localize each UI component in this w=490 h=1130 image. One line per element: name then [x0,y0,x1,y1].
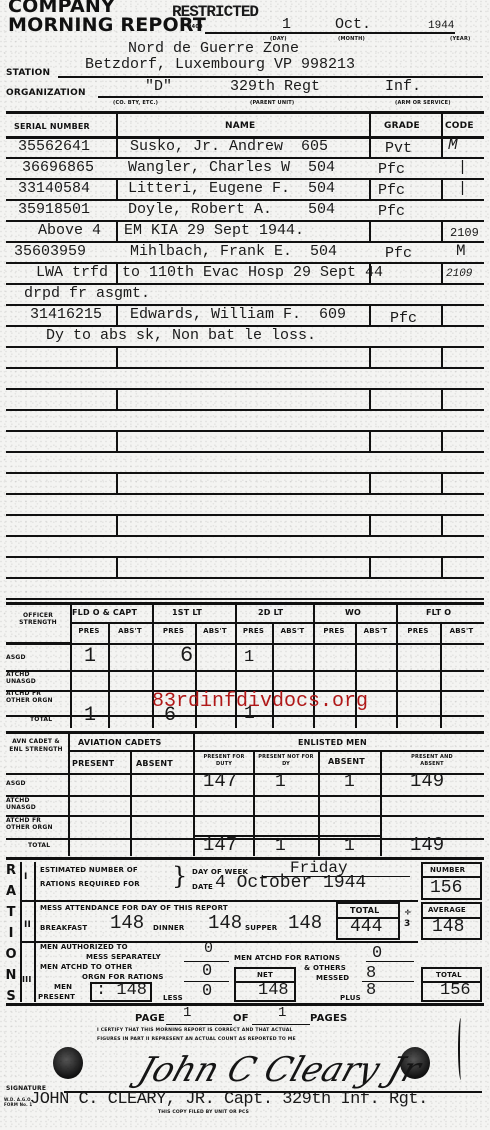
cadet-top-rule [6,731,484,734]
date-label: DATE [192,883,213,891]
officer-row-rule [6,643,484,645]
officer-strength-title: OFFICER STRENGTH [10,612,66,626]
row-label-atchd-fr-other: ATCHD FR OTHER ORGN [6,690,66,704]
plus-value: 8 [366,981,376,1000]
col-present-not-for-duty: PRESENT NOT FOR DY [256,754,316,768]
entry-note: EM KIA 29 Sept 1944. [124,222,304,239]
entry-note: Dy to abs sk, Non bat le loss. [46,327,316,344]
col-em-absent: ABSENT [328,757,365,766]
time-prefix: 2400 [188,24,203,30]
less-value: 0 [202,982,212,1001]
roster-row-rule [6,514,484,516]
group-flt-o: FLT O [426,608,451,617]
cadet-row-total: TOTAL [28,842,50,849]
roster-col-divider [441,220,443,241]
entry-note: drpd fr asgmt. [24,285,150,302]
atchd-other-label-a: MEN ATCHD TO OTHER [40,963,132,971]
breakfast-label: BREAKFAST [40,924,87,932]
roster-col-divider [116,220,118,241]
sub-col-abst: ABS'T [195,627,235,635]
auth-sep-value: 0 [204,940,213,957]
roster-col-divider [369,346,371,367]
group-fld-o-capt: FLD O & CAPT [72,608,152,617]
page-label: PAGE [135,1013,165,1024]
auth-sep-label-a: MEN AUTHORIZED TO [40,943,128,951]
net-label: NET [257,971,273,979]
entry-note: to 110th Evac Hosp 29 Sept 44 [122,264,383,281]
section-3-num: III [22,975,32,984]
total-em-absent: 1 [344,836,355,856]
officer-group-rule [70,622,484,624]
rations-divider [34,862,36,1002]
total-3-label: TOTAL [436,971,462,979]
entry-code: M [448,136,458,154]
total-present-not-for-duty: 1 [275,836,286,856]
ration-date: 4 October 1944 [215,873,366,893]
organization-label: ORGANIZATION [6,88,86,98]
sec1-label-a: ESTIMATED NUMBER OF [40,866,138,874]
cadet-sub-divider [318,751,320,856]
entry-code: M [456,242,466,260]
asgd-fld-pres: 1 [84,645,96,668]
entry-code: 2109 [450,226,479,240]
roster-col-divider [369,114,371,136]
row-label-total: TOTAL [30,716,52,723]
asgd-2d-lt-pres: 1 [244,648,254,667]
brace-icon: } [172,862,187,890]
number-label: NUMBER [430,866,465,874]
rations-side-letter: I [4,923,18,944]
roster-col-divider [441,136,443,157]
roster-col-divider [116,178,118,199]
page-underline [166,1024,232,1025]
supper-value: 148 [288,912,322,934]
section-2-num: II [24,920,31,930]
roster-col-divider [369,514,371,535]
asgd-present-for-duty: 147 [203,770,237,792]
net-value: 148 [258,981,289,1000]
mess-total-label: TOTAL [350,906,379,915]
asgd-present-not-for-duty: 1 [275,772,286,792]
entry-serial: 35603959 [14,243,86,260]
roster-row-rule [6,367,484,369]
entry-serial: 36696865 [22,159,94,176]
entry-name: Litteri, Eugene F. 504 [128,180,335,197]
officer-label-rule [6,642,70,644]
atchd-for-underline [366,961,414,962]
col-cadet-present: PRESENT [72,759,114,768]
rations-top-rule [6,857,484,860]
page-number: 1 [183,1005,191,1021]
rations-side-letter: O [4,944,18,965]
cadet-group-rule [68,750,484,752]
rations-side-label: RATIONS [4,860,18,1007]
cadet-sub-divider [380,751,382,856]
roster-col-divider [116,136,118,157]
cadet-row-rule [6,815,484,817]
of-label: OF [233,1013,249,1024]
divide-by-three: ÷ 3 [404,908,416,930]
station-label: STATION [6,68,50,78]
men-present-value: : 148 [96,981,147,1000]
org-company: "D" [145,78,172,95]
cadet-row-rule [6,795,484,797]
total-fld-pres: 1 [84,704,96,727]
caption-company: (CO. BTY, ETC.) [113,100,158,106]
group-label: FLD O & CAPT [72,608,137,617]
roster-col-divider [441,346,443,367]
roster-row-rule [6,556,484,558]
row-label-asgd: ASGD [6,654,26,661]
total-3-value: 156 [440,981,471,1000]
men-present-number: 148 [116,981,147,1000]
aviation-cadets-header: AVIATION CADETS [78,738,162,747]
sub-col-abst: ABS'T [355,627,396,635]
col-present-and-absent: PRESENT AND ABSENT [400,754,464,768]
mess-total-value: 444 [350,917,382,937]
roster-col-divider [116,304,118,325]
certify-line-1: I CERTIFY THAT THIS MORNING REPORT IS CO… [97,1028,293,1033]
roster-col-divider [441,430,443,451]
plus-label: PLUS [340,994,361,1002]
pages-label: PAGES [310,1013,347,1024]
roster-col-divider [116,514,118,535]
rations-side-letter: R [4,860,18,881]
rations-side-letter: T [4,902,18,923]
roster-row-rule [6,598,484,600]
roster-col-divider [116,262,118,283]
entry-grade: Pfc [390,310,417,327]
roster-row-rule [6,451,484,453]
caption-month: (MONTH) [338,36,365,42]
entry-serial: 35562641 [18,138,90,155]
sub-col-pres: PRES [313,627,355,635]
roster-row-rule [6,346,484,348]
roster-col-divider [441,304,443,325]
date-underline [205,32,455,34]
number-value: 156 [430,878,462,898]
asgd-em-absent: 1 [344,772,355,792]
roster-row-rule [6,472,484,474]
group-wo: WO [345,608,361,617]
total-present-for-duty: 147 [203,834,237,856]
col-name: NAME [225,121,255,131]
entry-code: | [458,180,467,197]
entry-code: | [458,159,467,176]
entry-note: Above 4 [38,222,101,239]
roster-col-divider [116,472,118,493]
caption-year: (YEAR) [450,36,471,42]
cadet-sub-divider [253,751,255,856]
sub-col-pres: PRES [70,627,108,635]
roster-row-rule [6,388,484,390]
entry-grade: Pfc [378,203,405,220]
atchd-for-label: MEN ATCHD FOR RATIONS [234,954,340,962]
sec1-label-b: RATIONS REQUIRED FOR [40,880,140,888]
typed-name: JOHN C. CLEARY, JR. Capt. 329th Inf. Rgt… [30,1090,428,1109]
restricted-stamp: RESTRICTED [172,3,258,21]
supper-label: SUPPER [245,924,277,932]
others-label-b: MESSED [316,974,349,982]
atchd-other-value: 0 [202,962,212,981]
entry-name: Susko, Jr. Andrew 605 [130,138,328,155]
dinner-label: DINNER [153,924,185,932]
roster-col-divider [369,472,371,493]
cadet-sub-divider [130,751,132,856]
binding-mark [458,1018,464,1080]
col-serial-number: SERIAL NUMBER [14,122,90,131]
roster-row-rule [6,577,484,579]
roster-row-rule [6,493,484,495]
entry-name: Wangler, Charles W 504 [128,159,335,176]
report-day: 1 [282,16,291,33]
breakfast-value: 148 [110,912,144,934]
roster-col-divider [369,430,371,451]
sub-col-pres: PRES [396,627,440,635]
entry-name: Doyle, Robert A. 504 [128,201,335,218]
average-label: AVERAGE [428,906,466,914]
roster-col-divider [116,346,118,367]
officer-row-rule [6,670,484,672]
org-underline [98,96,483,98]
entry-name: Edwards, William F. 609 [130,306,346,323]
roster-col-divider [369,556,371,577]
report-year: 1944 [428,20,454,32]
men-present-label-a: MEN [54,983,72,991]
sub-col-pres: PRES [235,627,272,635]
section-1-num: I [24,872,28,882]
roster-col-divider [441,262,443,283]
cadet-row-atchd-unasgd: ATCHD UNASGD [6,797,46,811]
rations-side-letter: N [4,965,18,986]
org-unit: 329th Regt [230,78,320,95]
entry-grade: Pfc [378,182,405,199]
roster-col-divider [369,220,371,241]
enlisted-men-header: ENLISTED MEN [298,738,367,747]
officer-sub-divider [108,623,110,728]
asgd-1st-lt-pres: 6 [180,643,193,668]
form-note: THIS COPY FILED BY UNIT OR PCS [158,1110,249,1115]
sub-col-abst: ABS'T [440,627,483,635]
entry-code: 2109 [446,268,472,280]
roster-col-divider [369,136,371,157]
group-2d-lt: 2D LT [258,608,283,617]
dinner-value: 148 [208,912,242,934]
entry-grade: Pfc [385,245,412,262]
station-line-1: Nord de Guerre Zone [128,40,299,57]
rations-bottom-rule [6,1003,484,1006]
sub-col-abst: ABS'T [108,627,152,635]
roster-col-divider [116,114,118,136]
atchd-other-label-b: ORGN FOR RATIONS [82,973,164,981]
officer-top-rule [6,602,484,605]
men-present-label-b: PRESENT [38,993,75,1001]
roster-top-rule [6,111,484,114]
roster-col-divider [116,388,118,409]
roster-col-divider [369,388,371,409]
org-service: Inf. [385,78,421,95]
pages-underline [252,1024,310,1025]
watermark: 83rdinfdivdocs.org [152,690,368,713]
roster-col-divider [369,178,371,199]
entry-serial: 31416215 [30,306,102,323]
caption-service: (ARM OR SERVICE) [395,100,451,106]
asgd-present-and-absent: 149 [410,770,444,792]
officer-sub-divider [440,623,442,728]
roster-col-divider [116,430,118,451]
cadet-strength-title: AVN CADET & ENL STRENGTH [6,738,66,754]
roster-row-rule [6,409,484,411]
rations-side-letter: A [4,881,18,902]
entry-serial: 35918501 [18,201,90,218]
col-cadet-absent: ABSENT [136,759,173,768]
less-label: LESS [163,994,183,1002]
total-present-and-absent: 149 [410,834,444,856]
roster-col-divider [441,114,443,136]
col-code: CODE [445,121,474,131]
roster-col-divider [441,556,443,577]
row-label-atchd-unasgd: ATCHD UNASGD [6,671,46,685]
sub-col-pres: PRES [152,627,195,635]
auth-sep-label-b: MESS SEPARATELY [86,953,161,961]
roster-col-divider [441,472,443,493]
sub-col-abst: ABS'T [272,627,313,635]
entry-grade: Pvt [385,140,412,157]
cadet-row-atchd-fr-other: ATCHD FR OTHER ORGN [6,817,66,831]
col-grade: GRADE [384,121,420,131]
average-value: 148 [432,917,464,937]
roster-col-divider [441,388,443,409]
others-label-a: & OTHERS [304,964,346,972]
roster-col-divider [441,514,443,535]
group-1st-lt: 1ST LT [172,608,202,617]
cadet-row-asgd: ASGD [6,780,26,787]
pages-total: 1 [278,1005,286,1021]
punch-hole-left [53,1047,83,1079]
report-month: Oct. [335,16,371,33]
roster-col-divider [441,178,443,199]
roster-row-rule [6,535,484,537]
roster-row-rule [6,430,484,432]
mess-attendance-label: MESS ATTENDANCE FOR DAY OF THIS REPORT [40,904,228,912]
caption-unit: (PARENT UNIT) [250,100,294,106]
entry-note: LWA trfd [36,264,108,281]
signature[interactable]: John C Cleary Jr [134,1050,426,1090]
certify-line-2: FIGURES IN PART II REPRESENT AN ACTUAL C… [97,1037,296,1042]
col-present-for-duty: PRESENT FOR DUTY [196,754,252,768]
entry-grade: Pfc [378,161,405,178]
entry-name: Mihlbach, Frank E. 504 [130,243,337,260]
entry-serial: 33140584 [18,180,90,197]
station-line-2: Betzdorf, Luxembourg VP 998213 [85,56,355,73]
roster-col-divider [369,304,371,325]
roster-col-divider [116,556,118,577]
